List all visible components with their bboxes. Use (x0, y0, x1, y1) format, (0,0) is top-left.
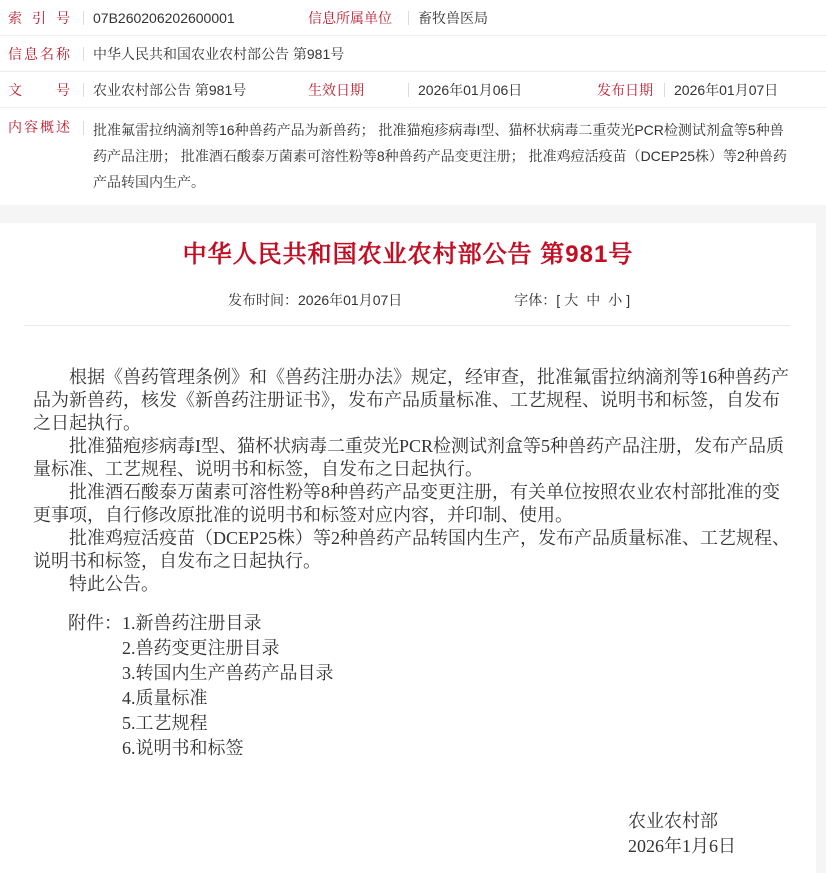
owning-unit-value: 畜牧兽医局 (409, 8, 488, 28)
metadata-row-docnum: 文号 农业农村部公告 第981号 生效日期 2026年01月06日 发布日期 2… (0, 72, 826, 108)
page-background: 中华人民共和国农业农村部公告 第981号 发布时间： 2026年01月07日 字… (0, 205, 826, 873)
effective-date-label: 生效日期 (308, 80, 368, 100)
content-summary-label: 内容概述 (8, 117, 70, 137)
body-paragraph: 批准猫疱疹病毒I型、猫杯状病毒二重荧光PCR检测试剂盒等5种兽药产品注册，发布产… (33, 435, 790, 481)
body-paragraph: 批准鸡痘活疫苗（DCEP25株）等2种兽药产品转国内生产，发布产品质量标准、工艺… (33, 527, 790, 573)
publish-date-value: 2026年01月07日 (665, 80, 778, 100)
metadata-row-index: 索引号 07B260206202600001 信息所属单位 畜牧兽医局 (0, 0, 826, 36)
bracket-right: ] (626, 290, 630, 310)
signature-date: 2026年1月6日 (628, 834, 736, 859)
announcement-document: 中华人民共和国农业农村部公告 第981号 发布时间： 2026年01月07日 字… (0, 223, 816, 873)
metadata-row-summary: 内容概述 批准氟雷拉纳滴剂等16种兽药产品为新兽药； 批准猫疱疹病毒I型、猫杯状… (0, 108, 826, 205)
attachment-item: 5.工艺规程 (122, 711, 334, 736)
signer-name: 农业农村部 (628, 809, 736, 834)
metadata-panel: 索引号 07B260206202600001 信息所属单位 畜牧兽医局 信息名称… (0, 0, 826, 205)
doc-number-label: 文号 (8, 80, 70, 100)
announcement-body: 根据《兽药管理条例》和《兽药注册办法》规定，经审查，批准氟雷拉纳滴剂等16种兽药… (33, 366, 790, 859)
font-size-label: 字体： (514, 290, 556, 310)
publish-info-line: 发布时间： 2026年01月07日 字体： [ 大 中 小 ] (228, 290, 816, 310)
publish-date-label: 发布日期 (597, 80, 657, 100)
attachment-item: 1.新兽药注册目录 (122, 611, 334, 636)
attachment-item: 4.质量标准 (122, 686, 334, 711)
attachments-label: 附件： (68, 611, 122, 761)
font-size-control: 字体： [ 大 中 小 ] (514, 290, 630, 310)
font-size-large-button[interactable]: 大 (564, 290, 578, 310)
attachments-list: 1.新兽药注册目录 2.兽药变更注册目录 3.转国内生产兽药产品目录 4.质量标… (122, 611, 334, 761)
attachment-item: 2.兽药变更注册目录 (122, 636, 334, 661)
index-number-value: 07B260206202600001 (84, 10, 301, 26)
metadata-row-name: 信息名称 中华人民共和国农业农村部公告 第981号 (0, 36, 826, 72)
effective-date-value: 2026年01月06日 (409, 80, 589, 100)
owning-unit-label: 信息所属单位 (308, 8, 392, 28)
font-size-small-button[interactable]: 小 (608, 290, 622, 310)
font-size-medium-button[interactable]: 中 (586, 290, 600, 310)
info-name-label: 信息名称 (8, 44, 70, 64)
attachment-item: 6.说明书和标签 (122, 736, 334, 761)
content-summary-value: 批准氟雷拉纳滴剂等16种兽药产品为新兽药； 批准猫疱疹病毒I型、猫杯状病毒二重荧… (84, 117, 796, 195)
body-paragraph: 根据《兽药管理条例》和《兽药注册办法》规定，经审查，批准氟雷拉纳滴剂等16种兽药… (33, 366, 790, 435)
page-title: 中华人民共和国农业农村部公告 第981号 (40, 238, 776, 272)
index-number-label: 索引号 (8, 8, 70, 28)
bracket-left: [ (556, 290, 560, 310)
publish-time-label: 发布时间： (228, 290, 298, 310)
info-name-value: 中华人民共和国农业农村部公告 第981号 (84, 44, 344, 64)
horizontal-divider (24, 325, 790, 326)
publish-time-value: 2026年01月07日 (298, 290, 402, 310)
body-paragraph: 批准酒石酸泰万菌素可溶性粉等8种兽药产品变更注册，有关单位按照农业农村部批准的变… (33, 481, 790, 527)
signature-block: 农业农村部 2026年1月6日 (628, 809, 736, 859)
attachment-item: 3.转国内生产兽药产品目录 (122, 661, 334, 686)
doc-number-value: 农业农村部公告 第981号 (84, 80, 301, 100)
attachments-block: 附件： 1.新兽药注册目录 2.兽药变更注册目录 3.转国内生产兽药产品目录 4… (68, 611, 790, 761)
body-paragraph: 特此公告。 (33, 573, 790, 596)
